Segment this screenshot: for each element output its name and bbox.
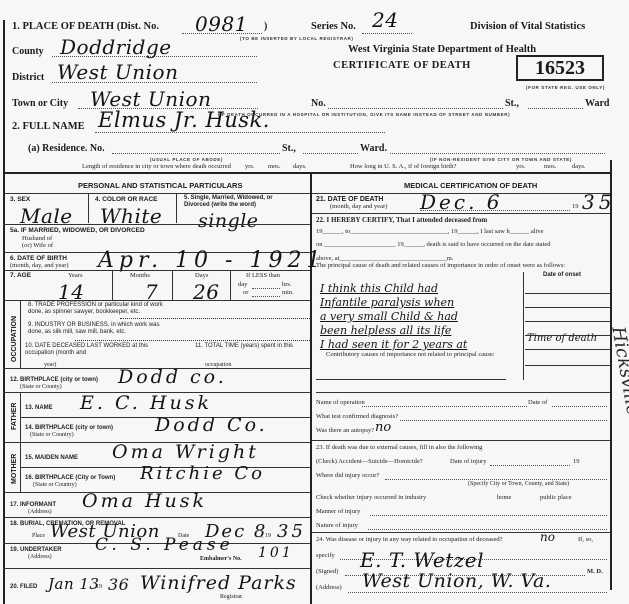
sex-label: 3. SEX [10, 196, 30, 203]
industry-line [75, 340, 310, 341]
burial-year-prefix: , 19 [262, 533, 271, 539]
day-label: day [238, 281, 247, 288]
rule [312, 532, 610, 533]
county-value: Doddridge [60, 35, 172, 59]
cause-line-3: a very small Child & had [320, 310, 458, 323]
test-line [400, 420, 607, 421]
informant-sub: (Address) [28, 509, 52, 515]
mother-maiden-value: Oma Wright [112, 441, 259, 463]
personal-section-title: PERSONAL AND STATISTICAL PARTICULARS [78, 181, 242, 190]
certify-label: 22. I HEREBY CERTIFY, That I attended de… [316, 216, 487, 224]
death-certificate: 1. PLACE OF DEATH (Dist. No. 0981 ) (TO … [0, 0, 629, 604]
injury-date-label: Date of injury [450, 458, 486, 465]
rule [525, 293, 610, 294]
race-label: 4. COLOR OR RACE [95, 196, 157, 203]
cause-line-5: I had seen it for 2 years at [320, 338, 467, 351]
father-side-label: FATHER [11, 403, 18, 430]
district-value: West Union [57, 60, 178, 84]
rule [3, 193, 310, 194]
where-label: Where did injury occur? [316, 472, 379, 479]
nonresident-note: (IF NON-RESIDENT GIVE CITY OR TOWN AND S… [430, 157, 572, 162]
certify-line-to: 19______, to____________________________… [316, 228, 544, 235]
res-mos: mos. [268, 163, 280, 170]
manner-line [370, 515, 607, 516]
years-label: Years [68, 272, 83, 279]
birthplace-label: 12. BIRTHPLACE (city or town) [10, 377, 98, 383]
md-label: M. D. [587, 568, 603, 575]
residence-st-label: St., [282, 143, 296, 154]
residence-no-line [112, 153, 280, 154]
usa-mos: mos. [544, 163, 556, 170]
rule [525, 349, 610, 350]
rule [3, 224, 310, 225]
injury-date-line [490, 465, 570, 466]
dist-no-close: ) [264, 21, 267, 32]
mother-birthplace-sub: (State or Country) [33, 482, 77, 488]
department-title: West Virginia State Department of Health [348, 44, 536, 55]
mother-birthplace-label: 16. BIRTHPLACE (City or Town) [25, 475, 115, 481]
manner-label: Manner of injury [316, 508, 360, 515]
series-label: Series No. [311, 21, 356, 32]
marital-value: single [198, 210, 259, 232]
state-reg-number-box: 16523 [516, 55, 604, 81]
father-birthplace-value: Dodd Co. [155, 414, 268, 436]
town-label: Town or City [12, 98, 68, 109]
rule [3, 300, 310, 301]
nature-line [368, 529, 607, 530]
rule [112, 270, 113, 300]
home-label: home [497, 494, 511, 501]
father-name-value: E. C. Husk [80, 392, 212, 414]
dob-sub-label: (month, day, and year) [10, 262, 69, 269]
months-label: Months [130, 272, 150, 279]
rule [525, 321, 610, 322]
cause-line-1: I think this Child had [320, 282, 438, 295]
informant-value: Oma Husk [82, 490, 207, 512]
date-of-line [552, 406, 607, 407]
filed-year-value: 36 [108, 575, 129, 594]
date-of-label: Date of [528, 399, 547, 406]
dod-sub-label: (month, day and year) [330, 203, 387, 210]
hrs-line [252, 288, 280, 289]
dod-label: 21. DATE OF DEATH [316, 196, 383, 203]
division-title: Division of Vital Statistics [470, 21, 585, 32]
rule [3, 517, 310, 518]
total-time-label: 11. TOTAL TIME (years) spent in this [195, 343, 295, 350]
residence-ward-line [303, 153, 358, 154]
check-label: (Check) Accident—Suicide—Homicide? [316, 458, 423, 465]
rule [176, 193, 177, 223]
autopsy-label: Was there an autopsy? [316, 427, 374, 434]
burial-place-label: Place [32, 533, 45, 539]
state-reg-note: (FOR STATE REG. USE ONLY) [526, 85, 605, 90]
married-label: 5a. IF MARRIED, WIDOWED, OR DIVORCED [10, 227, 145, 234]
test-label: What test confirmed diagnosis? [316, 413, 398, 420]
series-line [362, 33, 412, 34]
if-so-label: If, so, [578, 536, 593, 543]
usa-yrs: yrs. [516, 163, 526, 170]
min-label: min. [282, 289, 294, 296]
public-place-label: public place [540, 494, 572, 501]
series-value: 24 [372, 8, 398, 32]
contributory-label: Contributory causes of importance not re… [326, 351, 516, 358]
place-of-death-label: 1. PLACE OF DEATH (Dist. No. [12, 21, 159, 32]
medical-section-title: MEDICAL CERTIFICATION OF DEATH [404, 181, 537, 190]
district-label: District [12, 72, 44, 83]
residence-label: (a) Residence. No. [28, 143, 105, 154]
cause-line-4: been helpless all its life [320, 324, 451, 337]
hrs-label: hrs. [282, 281, 292, 288]
embalmer-label: Embalmer's No. [200, 556, 242, 562]
town-no-line [328, 108, 503, 109]
marital-label: 5. Single, Married, Widowed, or Divorced… [184, 195, 294, 209]
res-days: days. [293, 163, 307, 170]
usual-abode-note: (USUAL PLACE OF ABODE) [150, 157, 223, 162]
age-label: 7. AGE [10, 272, 31, 279]
father-birthplace-label: 14. BIRTHPLACE (city or town) [25, 425, 113, 431]
mother-birthplace-value: Ritchie Co [140, 463, 265, 484]
days-label: Days [195, 272, 208, 279]
certificate-title: CERTIFICATE OF DEATH [333, 60, 471, 71]
operation-label: Name of operation [316, 399, 365, 406]
father-birthplace-sub: (State or Country) [30, 432, 74, 438]
wife-of-label: (or) Wife of [22, 242, 53, 249]
husband-of-label: Husband of [22, 235, 52, 242]
burial-year-value: 35 [277, 521, 306, 542]
undertaker-sub: (Address) [28, 554, 52, 560]
rule [316, 392, 610, 393]
rule [312, 440, 610, 441]
full-name-label: 2. FULL NAME [12, 121, 85, 132]
rule [312, 213, 610, 214]
full-name-line [95, 132, 385, 133]
town-st-label: St., [505, 98, 519, 109]
date-of-onset-label: Date of onset [543, 272, 581, 278]
occ-related-label: 24. Was disease or injury in any way rel… [316, 536, 503, 543]
town-ward-line [528, 108, 583, 109]
cause-intro: The principal cause of death and related… [316, 262, 565, 269]
birthplace-sub: (State or County) [20, 384, 62, 390]
undertaker-label: 19. UNDERTAKER [10, 547, 62, 553]
registrar-label: Registrar. [220, 594, 243, 600]
rule [316, 379, 506, 380]
nature-label: Nature of injury [316, 522, 358, 529]
trade-label: 8. TRADE PROFESSION or particular kind o… [28, 302, 168, 315]
occ-related-value: no [540, 530, 555, 544]
operation-line [362, 406, 527, 407]
right-border [610, 160, 612, 590]
where-note: (Specify City or Town, County, and State… [468, 481, 569, 487]
trade-line [120, 318, 310, 319]
injury-year-label: 19 [573, 458, 580, 465]
registrar-signature: Winifred Parks [140, 572, 297, 594]
local-registrar-note: (TO BE INSERTED BY LOCAL REGISTRAR) [240, 36, 354, 41]
industry-check-label: Check whether injury occurred in industr… [316, 494, 426, 501]
address-label: (Address) [316, 584, 342, 591]
industry-label: 9. INDUSTRY OR BUSINESS, in which work w… [28, 322, 168, 335]
dod-line [420, 210, 570, 211]
address-line [348, 592, 607, 593]
less-than-label: If LESS than [246, 272, 280, 279]
birthplace-value: Dodd co. [118, 366, 227, 388]
foreign-birth-label: How long in U. S. A., if of foreign birt… [350, 163, 456, 170]
autopsy-value: no [375, 420, 391, 435]
undertaker-value: C. S. Pease [95, 535, 234, 555]
dob-label: 6. DATE OF BIRTH [10, 255, 67, 262]
length-of-residence-label: Length of residence in city or town wher… [82, 163, 231, 170]
rule [3, 568, 310, 569]
last-worked-label: 10. DATE DECEASED LAST WORKED at this oc… [25, 343, 165, 357]
external-label: 23. If death was due to external causes,… [316, 444, 482, 451]
town-no-label: No. [311, 98, 326, 109]
filed-date-value: Jan 13 [48, 575, 99, 593]
or-label: or [243, 289, 248, 296]
town-ward-label: Ward [585, 98, 609, 109]
dod-year-value: 35 [582, 190, 615, 214]
certify-line-on: on ______________________ 19______, deat… [316, 241, 551, 248]
filed-label: 20. FILED [10, 584, 37, 590]
occupation-side-label: OCCUPATION [11, 316, 18, 362]
rule [525, 365, 610, 366]
res-yrs: yrs. [245, 163, 255, 170]
dist-no-value: 0981 [195, 12, 248, 36]
section-divider [3, 172, 610, 174]
certify-line-above: above, at_______________________________… [316, 255, 453, 262]
mother-maiden-label: 15. MAIDEN NAME [25, 455, 78, 461]
rule [230, 270, 231, 300]
min-line [252, 296, 280, 297]
residence-ward-label: Ward. [360, 143, 387, 154]
father-name-label: 13. NAME [25, 405, 53, 411]
county-label: County [12, 46, 44, 57]
where-line [385, 479, 607, 480]
filed-year-prefix: , 19 [93, 584, 102, 590]
residence-nonres-line [390, 153, 605, 154]
signed-label: (Signed) [316, 568, 338, 575]
mother-side-label: MOTHER [11, 454, 18, 484]
full-name-value: Elmus Jr. Husk. [98, 108, 270, 132]
rule [20, 300, 21, 368]
rule [525, 307, 610, 308]
cause-line-2: Infantile paralysis when [320, 296, 454, 309]
rule [525, 335, 610, 336]
rule [523, 272, 524, 380]
rule [3, 270, 310, 271]
usa-days: days. [572, 163, 586, 170]
physician-address: West Union, W. Va. [362, 570, 551, 592]
embalmer-value: 101 [258, 545, 294, 561]
physician-signature: E. T. Wetzel [360, 548, 484, 572]
column-divider [310, 172, 312, 604]
dod-year-prefix: 19 [572, 203, 579, 210]
informant-label: 17. INFORMANT [10, 502, 56, 508]
specify-label: specify [316, 552, 335, 559]
rule [172, 270, 173, 300]
rule [88, 193, 89, 223]
